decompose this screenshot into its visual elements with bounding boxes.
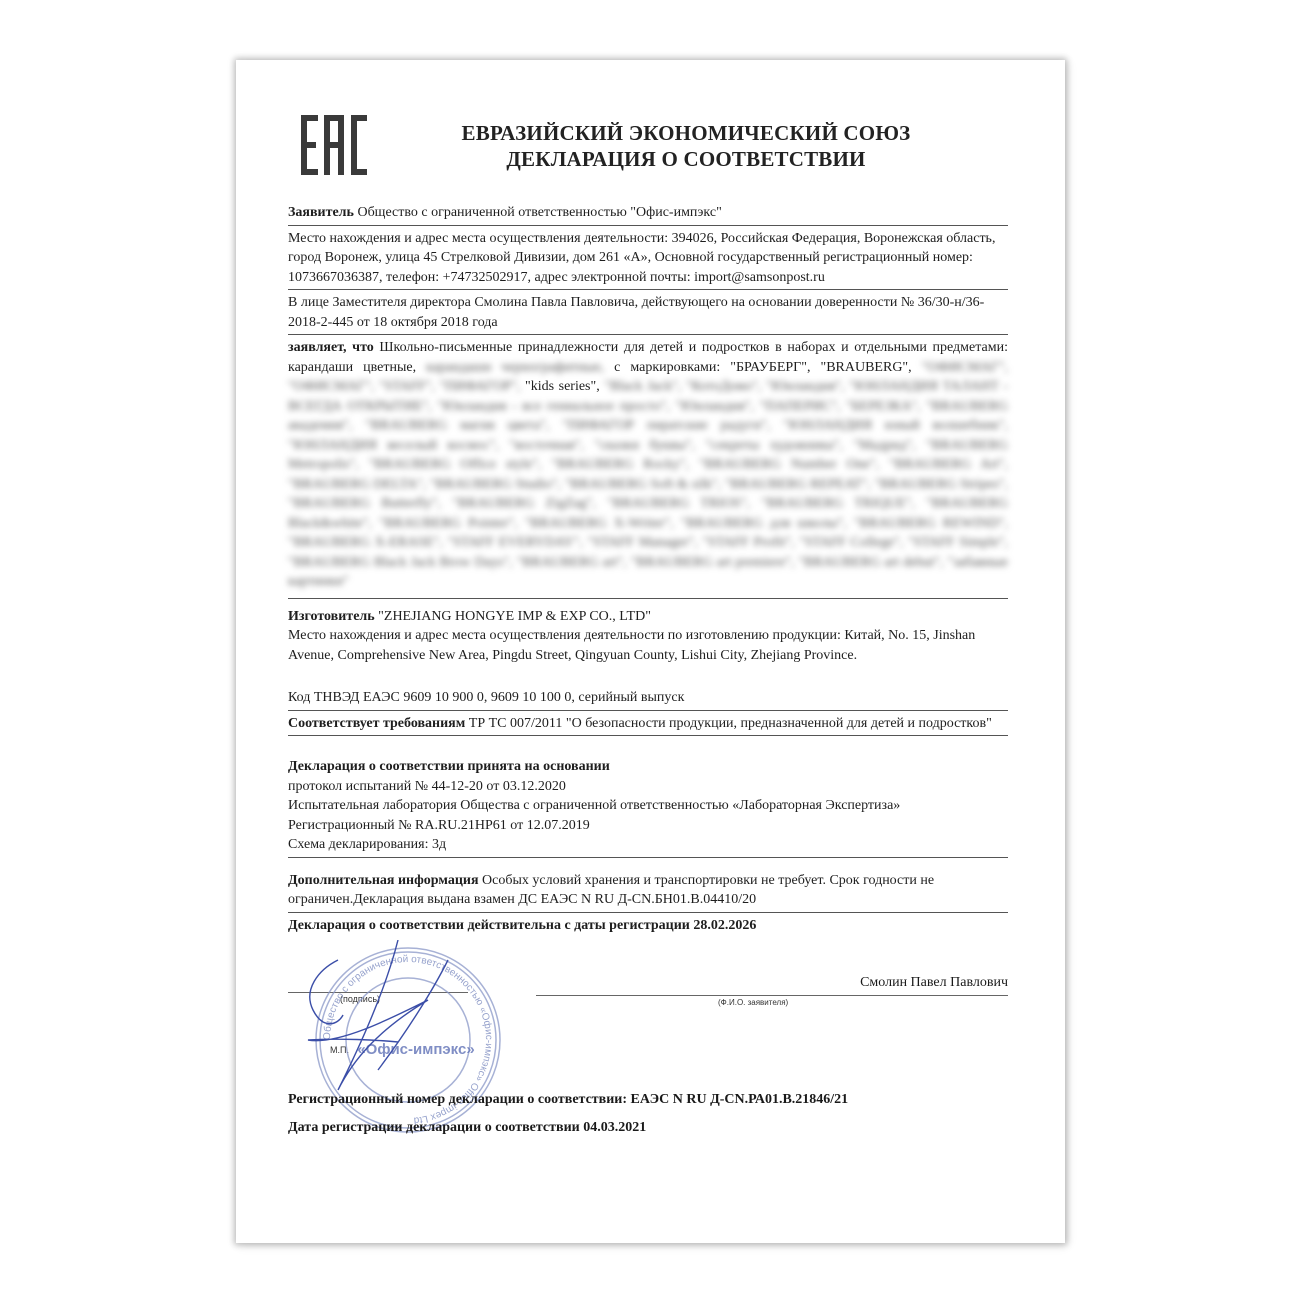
document-body: Заявитель Общество с ограниченной ответс… xyxy=(288,203,1008,940)
manufacturer-label: Изготовитель xyxy=(288,609,375,624)
declaration-document-page: ЕВРАЗИЙСКИЙ ЭКОНОМИЧЕСКИЙ СОЮЗ ДЕКЛАРАЦИ… xyxy=(236,60,1065,1243)
declares-label: заявляет, что xyxy=(288,340,374,355)
signature-caption: (подпись) xyxy=(340,994,380,1004)
basis-section: Декларация о соответствии принята на осн… xyxy=(288,757,1008,858)
lab-registration: Регистрационный № RA.RU.21НР61 от 12.07.… xyxy=(288,816,1008,836)
registration-date-label: Дата регистрации декларации о соответств… xyxy=(288,1120,580,1135)
applicant-section: Заявитель Общество с ограниченной ответс… xyxy=(288,203,1008,226)
stamp-center-text: «Офис-импэкс» xyxy=(357,1041,474,1058)
product-section: заявляет, что Школьно-письменные принадл… xyxy=(288,338,1008,599)
tnved-code: Код ТНВЭД ЕАЭС 9609 10 900 0, 9609 10 10… xyxy=(288,688,1008,708)
test-protocol: протокол испытаний № 44-12-20 от 03.12.2… xyxy=(288,777,1008,797)
redacted-trademarks: "Black Jack", "КотоДомо", "Юнландия", "Ю… xyxy=(288,379,1008,589)
applicant-value: Общество с ограниченной ответственностью… xyxy=(357,205,721,220)
address-section: Место нахождения и адрес места осуществл… xyxy=(288,229,1008,291)
representative-section: В лице Заместителя директора Смолина Пав… xyxy=(288,293,1008,335)
redacted-text: карандаши чернографитные, xyxy=(426,360,604,375)
applicant-address: Место нахождения и адрес места осуществл… xyxy=(288,229,1008,288)
test-laboratory: Испытательная лаборатория Общества с огр… xyxy=(288,796,1008,816)
basis-label: Декларация о соответствии принята на осн… xyxy=(288,757,1008,777)
conformity-label: Соответствует требованиям xyxy=(288,716,465,731)
tnved-section: Код ТНВЭД ЕАЭС 9609 10 900 0, 9609 10 10… xyxy=(288,688,1008,711)
validity-section: Декларация о соответствии действительна … xyxy=(288,916,1008,938)
stamp-caption: М.П. xyxy=(330,1045,349,1055)
registration-number-label: Регистрационный номер декларации о соотв… xyxy=(288,1092,627,1107)
document-title: ЕВРАЗИЙСКИЙ ЭКОНОМИЧЕСКИЙ СОЮЗ ДЕКЛАРАЦИ… xyxy=(386,120,986,172)
manufacturer-section: Изготовитель "ZHEJIANG HONGYE IMP & EXP … xyxy=(288,607,1008,668)
declaration-scheme: Схема декларирования: 3д xyxy=(288,835,1008,855)
signer-caption: (Ф.И.О. заявителя) xyxy=(718,998,788,1007)
validity-label: Декларация о соответствии действительна … xyxy=(288,918,690,933)
registration-date: 04.03.2021 xyxy=(583,1120,646,1135)
conformity-section: Соответствует требованиям ТР ТС 007/2011… xyxy=(288,714,1008,737)
signer-name: Смолин Павел Павлович xyxy=(860,975,1008,991)
title-declaration: ДЕКЛАРАЦИЯ О СООТВЕТСТВИИ xyxy=(386,146,986,172)
registration-number: ЕАЭС N RU Д-CN.РА01.В.21846/21 xyxy=(631,1092,849,1107)
registration-block: Регистрационный номер декларации о соотв… xyxy=(288,1090,1008,1146)
manufacturer-address: Место нахождения и адрес места осуществл… xyxy=(288,626,1008,665)
product-markings: с маркировками: "БРАУБЕРГ", "BRAUBERG", xyxy=(614,360,911,375)
name-line xyxy=(536,995,1008,996)
title-union: ЕВРАЗИЙСКИЙ ЭКОНОМИЧЕСКИЙ СОЮЗ xyxy=(386,120,986,146)
additional-info-label: Дополнительная информация xyxy=(288,873,479,888)
product-marking-kids: "kids series", xyxy=(525,379,600,394)
representative-text: В лице Заместителя директора Смолина Пав… xyxy=(288,293,1008,332)
additional-info-section: Дополнительная информация Особых условий… xyxy=(288,871,1008,913)
signature-line xyxy=(288,992,468,993)
signature-block: (подпись) М.П. Смолин Павел Павлович (Ф.… xyxy=(288,978,1008,1038)
eac-logo-icon xyxy=(299,115,369,175)
validity-date: 28.02.2026 xyxy=(693,918,756,933)
applicant-label: Заявитель xyxy=(288,205,354,220)
conformity-value: ТР ТС 007/2011 "О безопасности продукции… xyxy=(469,716,992,731)
manufacturer-value: "ZHEJIANG HONGYE IMP & EXP CO., LTD" xyxy=(378,609,651,624)
